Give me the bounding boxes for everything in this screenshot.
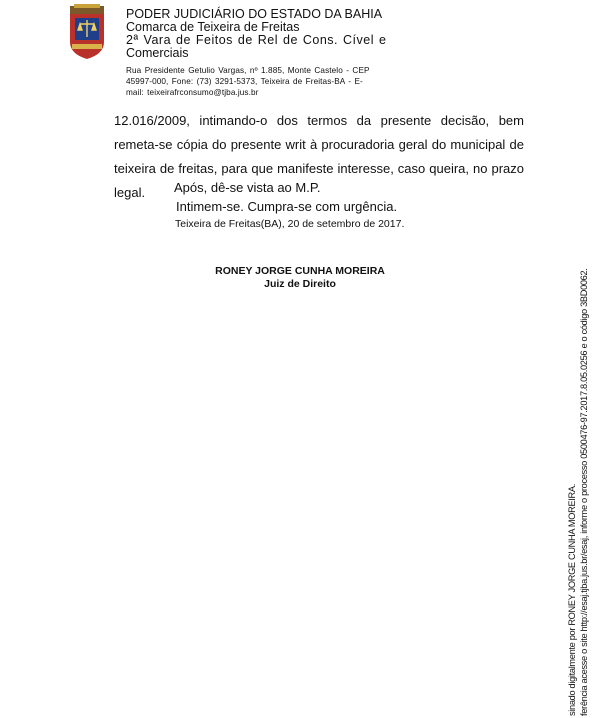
address-line2: 45997-000, Fone: (73) 3291-5373, Teixeir… bbox=[126, 76, 400, 87]
judge-name: RONEY JORGE CUNHA MOREIRA bbox=[180, 265, 420, 278]
address-line3: mail: teixeirafrconsumo@tjba.jus.br bbox=[126, 87, 400, 98]
order-apos: Após, dê-se vista ao M.P. bbox=[174, 178, 397, 197]
court-address: Rua Presidente Getulio Vargas, nº 1.885,… bbox=[126, 65, 400, 98]
judge-title: Juiz de Direito bbox=[180, 278, 420, 291]
court-crest-icon bbox=[66, 4, 108, 60]
closing-orders: Após, dê-se vista ao M.P. Intimem-se. Cu… bbox=[174, 178, 397, 216]
address-line1: Rua Presidente Getulio Vargas, nº 1.885,… bbox=[126, 65, 400, 76]
signature-block: RONEY JORGE CUNHA MOREIRA Juiz de Direit… bbox=[180, 265, 420, 291]
stamp-line2: ferência acesse o site http://esaj.tjba.… bbox=[578, 268, 590, 716]
document-page: PODER JUDICIÁRIO DO ESTADO DA BAHIA Coma… bbox=[0, 0, 594, 718]
place-date: Teixeira de Freitas(BA), 20 de setembro … bbox=[175, 218, 404, 230]
digital-signature-stamp: sinado digitalmente por RONEY JORGE CUNH… bbox=[566, 268, 590, 716]
order-intimem: Intimem-se. Cumpra-se com urgência. bbox=[174, 197, 397, 216]
letterhead: PODER JUDICIÁRIO DO ESTADO DA BAHIA Coma… bbox=[126, 8, 400, 98]
vara-name-line2: Comerciais bbox=[126, 47, 400, 60]
stamp-line1: sinado digitalmente por RONEY JORGE CUNH… bbox=[566, 268, 578, 716]
